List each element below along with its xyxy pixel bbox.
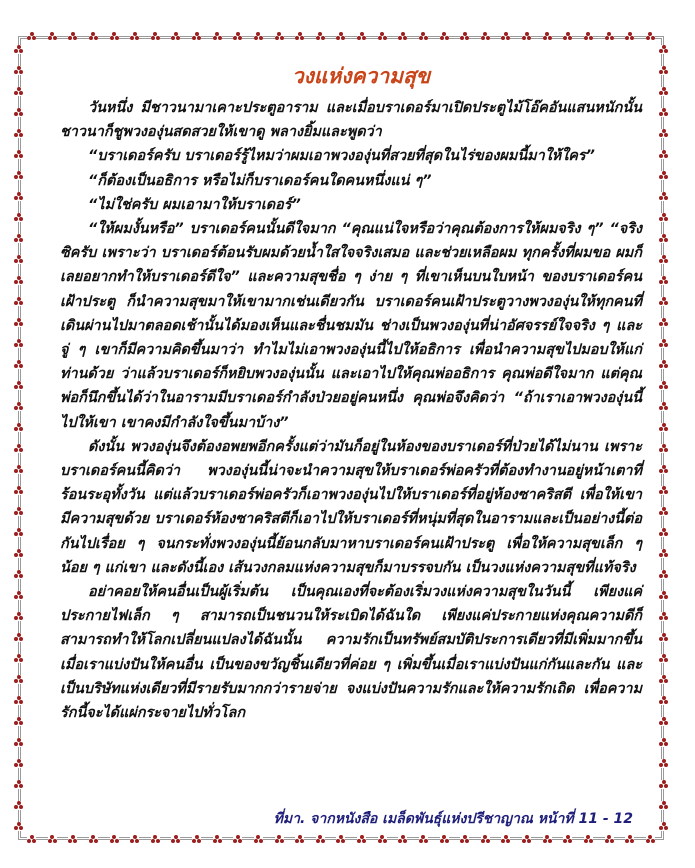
trefoil-ornament-icon bbox=[659, 66, 668, 75]
trefoil-ornament-icon bbox=[14, 717, 23, 726]
trefoil-ornament-icon bbox=[419, 32, 428, 41]
trefoil-ornament-icon bbox=[522, 32, 531, 41]
trefoil-ornament-icon bbox=[659, 423, 668, 432]
trefoil-ornament-icon bbox=[378, 32, 387, 41]
trefoil-ornament-icon bbox=[659, 822, 668, 831]
trefoil-ornament-icon bbox=[398, 835, 407, 844]
trefoil-ornament-icon bbox=[254, 835, 263, 844]
trefoil-ornament-icon bbox=[357, 32, 366, 41]
trefoil-ornament-icon bbox=[151, 32, 160, 41]
trefoil-ornament-icon bbox=[14, 297, 23, 306]
paragraph-4: อย่าคอยให้คนอื่นเป็นผู้เริ่มต้น เป็นคุณเ… bbox=[60, 580, 642, 725]
trefoil-ornament-icon bbox=[501, 835, 510, 844]
paragraph-3: ดังนั้น พวงองุ่นจึงต้องอพยพอีกครั้งแต่ว่… bbox=[60, 435, 642, 580]
trefoil-ornament-icon bbox=[14, 318, 23, 327]
trefoil-ornament-icon bbox=[659, 318, 668, 327]
trefoil-ornament-icon bbox=[336, 32, 345, 41]
trefoil-ornament-icon bbox=[659, 255, 668, 264]
trefoil-ornament-icon bbox=[14, 654, 23, 663]
trefoil-ornament-icon bbox=[68, 835, 77, 844]
trefoil-ornament-icon bbox=[543, 835, 552, 844]
trefoil-ornament-icon bbox=[192, 835, 201, 844]
trefoil-ornament-icon bbox=[659, 654, 668, 663]
trefoil-ornament-icon bbox=[14, 45, 23, 54]
trefoil-ornament-icon bbox=[233, 32, 242, 41]
trefoil-ornament-icon bbox=[659, 486, 668, 495]
trefoil-ornament-icon bbox=[659, 570, 668, 579]
trefoil-ornament-icon bbox=[440, 835, 449, 844]
trefoil-ornament-icon bbox=[659, 45, 668, 54]
trefoil-ornament-icon bbox=[659, 465, 668, 474]
dialogue-line-1: “บราเดอร์ครับ บราเดอร์รู้ไหมว่าผมเอาพวงอ… bbox=[60, 144, 642, 168]
trefoil-ornament-icon bbox=[659, 591, 668, 600]
trefoil-ornament-icon bbox=[14, 108, 23, 117]
trefoil-ornament-icon bbox=[14, 675, 23, 684]
source-citation: ที่มา. จากหนังสือ เมล็ดพันธุ์แห่งปรีชาญา… bbox=[274, 808, 633, 830]
trefoil-ornament-icon bbox=[295, 32, 304, 41]
trefoil-ornament-icon bbox=[659, 528, 668, 537]
trefoil-ornament-icon bbox=[659, 717, 668, 726]
trefoil-ornament-icon bbox=[659, 402, 668, 411]
trefoil-ornament-icon bbox=[481, 835, 490, 844]
trefoil-ornament-icon bbox=[481, 32, 490, 41]
trefoil-ornament-icon bbox=[378, 835, 387, 844]
trefoil-ornament-icon bbox=[14, 486, 23, 495]
trefoil-ornament-icon bbox=[110, 835, 119, 844]
trefoil-ornament-icon bbox=[14, 339, 23, 348]
trefoil-ornament-icon bbox=[14, 255, 23, 264]
trefoil-ornament-icon bbox=[14, 213, 23, 222]
border-top-ornaments bbox=[27, 32, 655, 41]
trefoil-ornament-icon bbox=[659, 171, 668, 180]
trefoil-ornament-icon bbox=[254, 32, 263, 41]
trefoil-ornament-icon bbox=[171, 32, 180, 41]
page-title: วงแห่งความสุข bbox=[80, 62, 642, 90]
trefoil-ornament-icon bbox=[48, 32, 57, 41]
trefoil-ornament-icon bbox=[646, 835, 655, 844]
trefoil-ornament-icon bbox=[659, 801, 668, 810]
trefoil-ornament-icon bbox=[89, 835, 98, 844]
trefoil-ornament-icon bbox=[14, 507, 23, 516]
trefoil-ornament-icon bbox=[605, 835, 614, 844]
trefoil-ornament-icon bbox=[14, 528, 23, 537]
trefoil-ornament-icon bbox=[14, 696, 23, 705]
trefoil-ornament-icon bbox=[110, 32, 119, 41]
trefoil-ornament-icon bbox=[14, 276, 23, 285]
trefoil-ornament-icon bbox=[14, 465, 23, 474]
trefoil-ornament-icon bbox=[14, 612, 23, 621]
trefoil-ornament-icon bbox=[659, 339, 668, 348]
trefoil-ornament-icon bbox=[48, 835, 57, 844]
trefoil-ornament-icon bbox=[584, 32, 593, 41]
trefoil-ornament-icon bbox=[659, 108, 668, 117]
trefoil-ornament-icon bbox=[275, 32, 284, 41]
trefoil-ornament-icon bbox=[659, 129, 668, 138]
trefoil-ornament-icon bbox=[659, 675, 668, 684]
trefoil-ornament-icon bbox=[275, 835, 284, 844]
paragraph-1: วันหนึ่ง มีชาวนามาเคาะประตูอาราม และเมื่… bbox=[60, 96, 642, 144]
trefoil-ornament-icon bbox=[14, 738, 23, 747]
trefoil-ornament-icon bbox=[659, 696, 668, 705]
trefoil-ornament-icon bbox=[398, 32, 407, 41]
trefoil-ornament-icon bbox=[563, 835, 572, 844]
trefoil-ornament-icon bbox=[14, 129, 23, 138]
trefoil-ornament-icon bbox=[130, 32, 139, 41]
paragraph-2: “ให้ผมงั้นหรือ” บราเดอร์คนนั้นดีใจมาก “ค… bbox=[60, 217, 642, 435]
trefoil-ornament-icon bbox=[192, 32, 201, 41]
trefoil-ornament-icon bbox=[659, 213, 668, 222]
trefoil-ornament-icon bbox=[14, 171, 23, 180]
trefoil-ornament-icon bbox=[543, 32, 552, 41]
trefoil-ornament-icon bbox=[563, 32, 572, 41]
trefoil-ornament-icon bbox=[316, 835, 325, 844]
trefoil-ornament-icon bbox=[14, 591, 23, 600]
trefoil-ornament-icon bbox=[14, 360, 23, 369]
trefoil-ornament-icon bbox=[89, 32, 98, 41]
trefoil-ornament-icon bbox=[130, 835, 139, 844]
trefoil-ornament-icon bbox=[522, 835, 531, 844]
trefoil-ornament-icon bbox=[27, 835, 36, 844]
trefoil-ornament-icon bbox=[584, 835, 593, 844]
trefoil-ornament-icon bbox=[14, 633, 23, 642]
trefoil-ornament-icon bbox=[14, 570, 23, 579]
trefoil-ornament-icon bbox=[625, 32, 634, 41]
trefoil-ornament-icon bbox=[659, 612, 668, 621]
trefoil-ornament-icon bbox=[460, 835, 469, 844]
trefoil-ornament-icon bbox=[659, 150, 668, 159]
trefoil-ornament-icon bbox=[659, 507, 668, 516]
trefoil-ornament-icon bbox=[68, 32, 77, 41]
trefoil-ornament-icon bbox=[460, 32, 469, 41]
dialogue-line-2: “ก็ต้องเป็นอธิการ หรือไม่ก็บราเดอร์คนใดค… bbox=[60, 169, 642, 193]
trefoil-ornament-icon bbox=[659, 444, 668, 453]
trefoil-ornament-icon bbox=[659, 192, 668, 201]
trefoil-ornament-icon bbox=[14, 66, 23, 75]
trefoil-ornament-icon bbox=[357, 835, 366, 844]
trefoil-ornament-icon bbox=[14, 192, 23, 201]
trefoil-ornament-icon bbox=[14, 822, 23, 831]
trefoil-ornament-icon bbox=[151, 835, 160, 844]
trefoil-ornament-icon bbox=[14, 801, 23, 810]
trefoil-ornament-icon bbox=[501, 32, 510, 41]
trefoil-ornament-icon bbox=[14, 381, 23, 390]
trefoil-ornament-icon bbox=[605, 32, 614, 41]
dialogue-line-3: “ไม่ใช่ครับ ผมเอามาให้บราเดอร์” bbox=[60, 193, 642, 217]
trefoil-ornament-icon bbox=[316, 32, 325, 41]
trefoil-ornament-icon bbox=[336, 835, 345, 844]
trefoil-ornament-icon bbox=[14, 402, 23, 411]
trefoil-ornament-icon bbox=[419, 835, 428, 844]
trefoil-ornament-icon bbox=[14, 780, 23, 789]
trefoil-ornament-icon bbox=[646, 32, 655, 41]
trefoil-ornament-icon bbox=[14, 423, 23, 432]
trefoil-ornament-icon bbox=[27, 32, 36, 41]
trefoil-ornament-icon bbox=[625, 835, 634, 844]
trefoil-ornament-icon bbox=[14, 87, 23, 96]
border-bottom-ornaments bbox=[27, 835, 655, 844]
trefoil-ornament-icon bbox=[659, 549, 668, 558]
trefoil-ornament-icon bbox=[659, 738, 668, 747]
border-left-ornaments bbox=[14, 45, 23, 831]
border-right-ornaments bbox=[659, 45, 668, 831]
trefoil-ornament-icon bbox=[659, 297, 668, 306]
trefoil-ornament-icon bbox=[14, 150, 23, 159]
trefoil-ornament-icon bbox=[440, 32, 449, 41]
trefoil-ornament-icon bbox=[659, 381, 668, 390]
trefoil-ornament-icon bbox=[659, 276, 668, 285]
trefoil-ornament-icon bbox=[171, 835, 180, 844]
trefoil-ornament-icon bbox=[295, 835, 304, 844]
document-body: วงแห่งความสุข วันหนึ่ง มีชาวนามาเคาะประต… bbox=[60, 62, 642, 725]
trefoil-ornament-icon bbox=[14, 234, 23, 243]
trefoil-ornament-icon bbox=[659, 633, 668, 642]
trefoil-ornament-icon bbox=[659, 234, 668, 243]
trefoil-ornament-icon bbox=[233, 835, 242, 844]
trefoil-ornament-icon bbox=[659, 87, 668, 96]
trefoil-ornament-icon bbox=[14, 759, 23, 768]
trefoil-ornament-icon bbox=[213, 835, 222, 844]
trefoil-ornament-icon bbox=[659, 360, 668, 369]
trefoil-ornament-icon bbox=[659, 780, 668, 789]
trefoil-ornament-icon bbox=[14, 549, 23, 558]
trefoil-ornament-icon bbox=[659, 759, 668, 768]
trefoil-ornament-icon bbox=[14, 444, 23, 453]
trefoil-ornament-icon bbox=[213, 32, 222, 41]
